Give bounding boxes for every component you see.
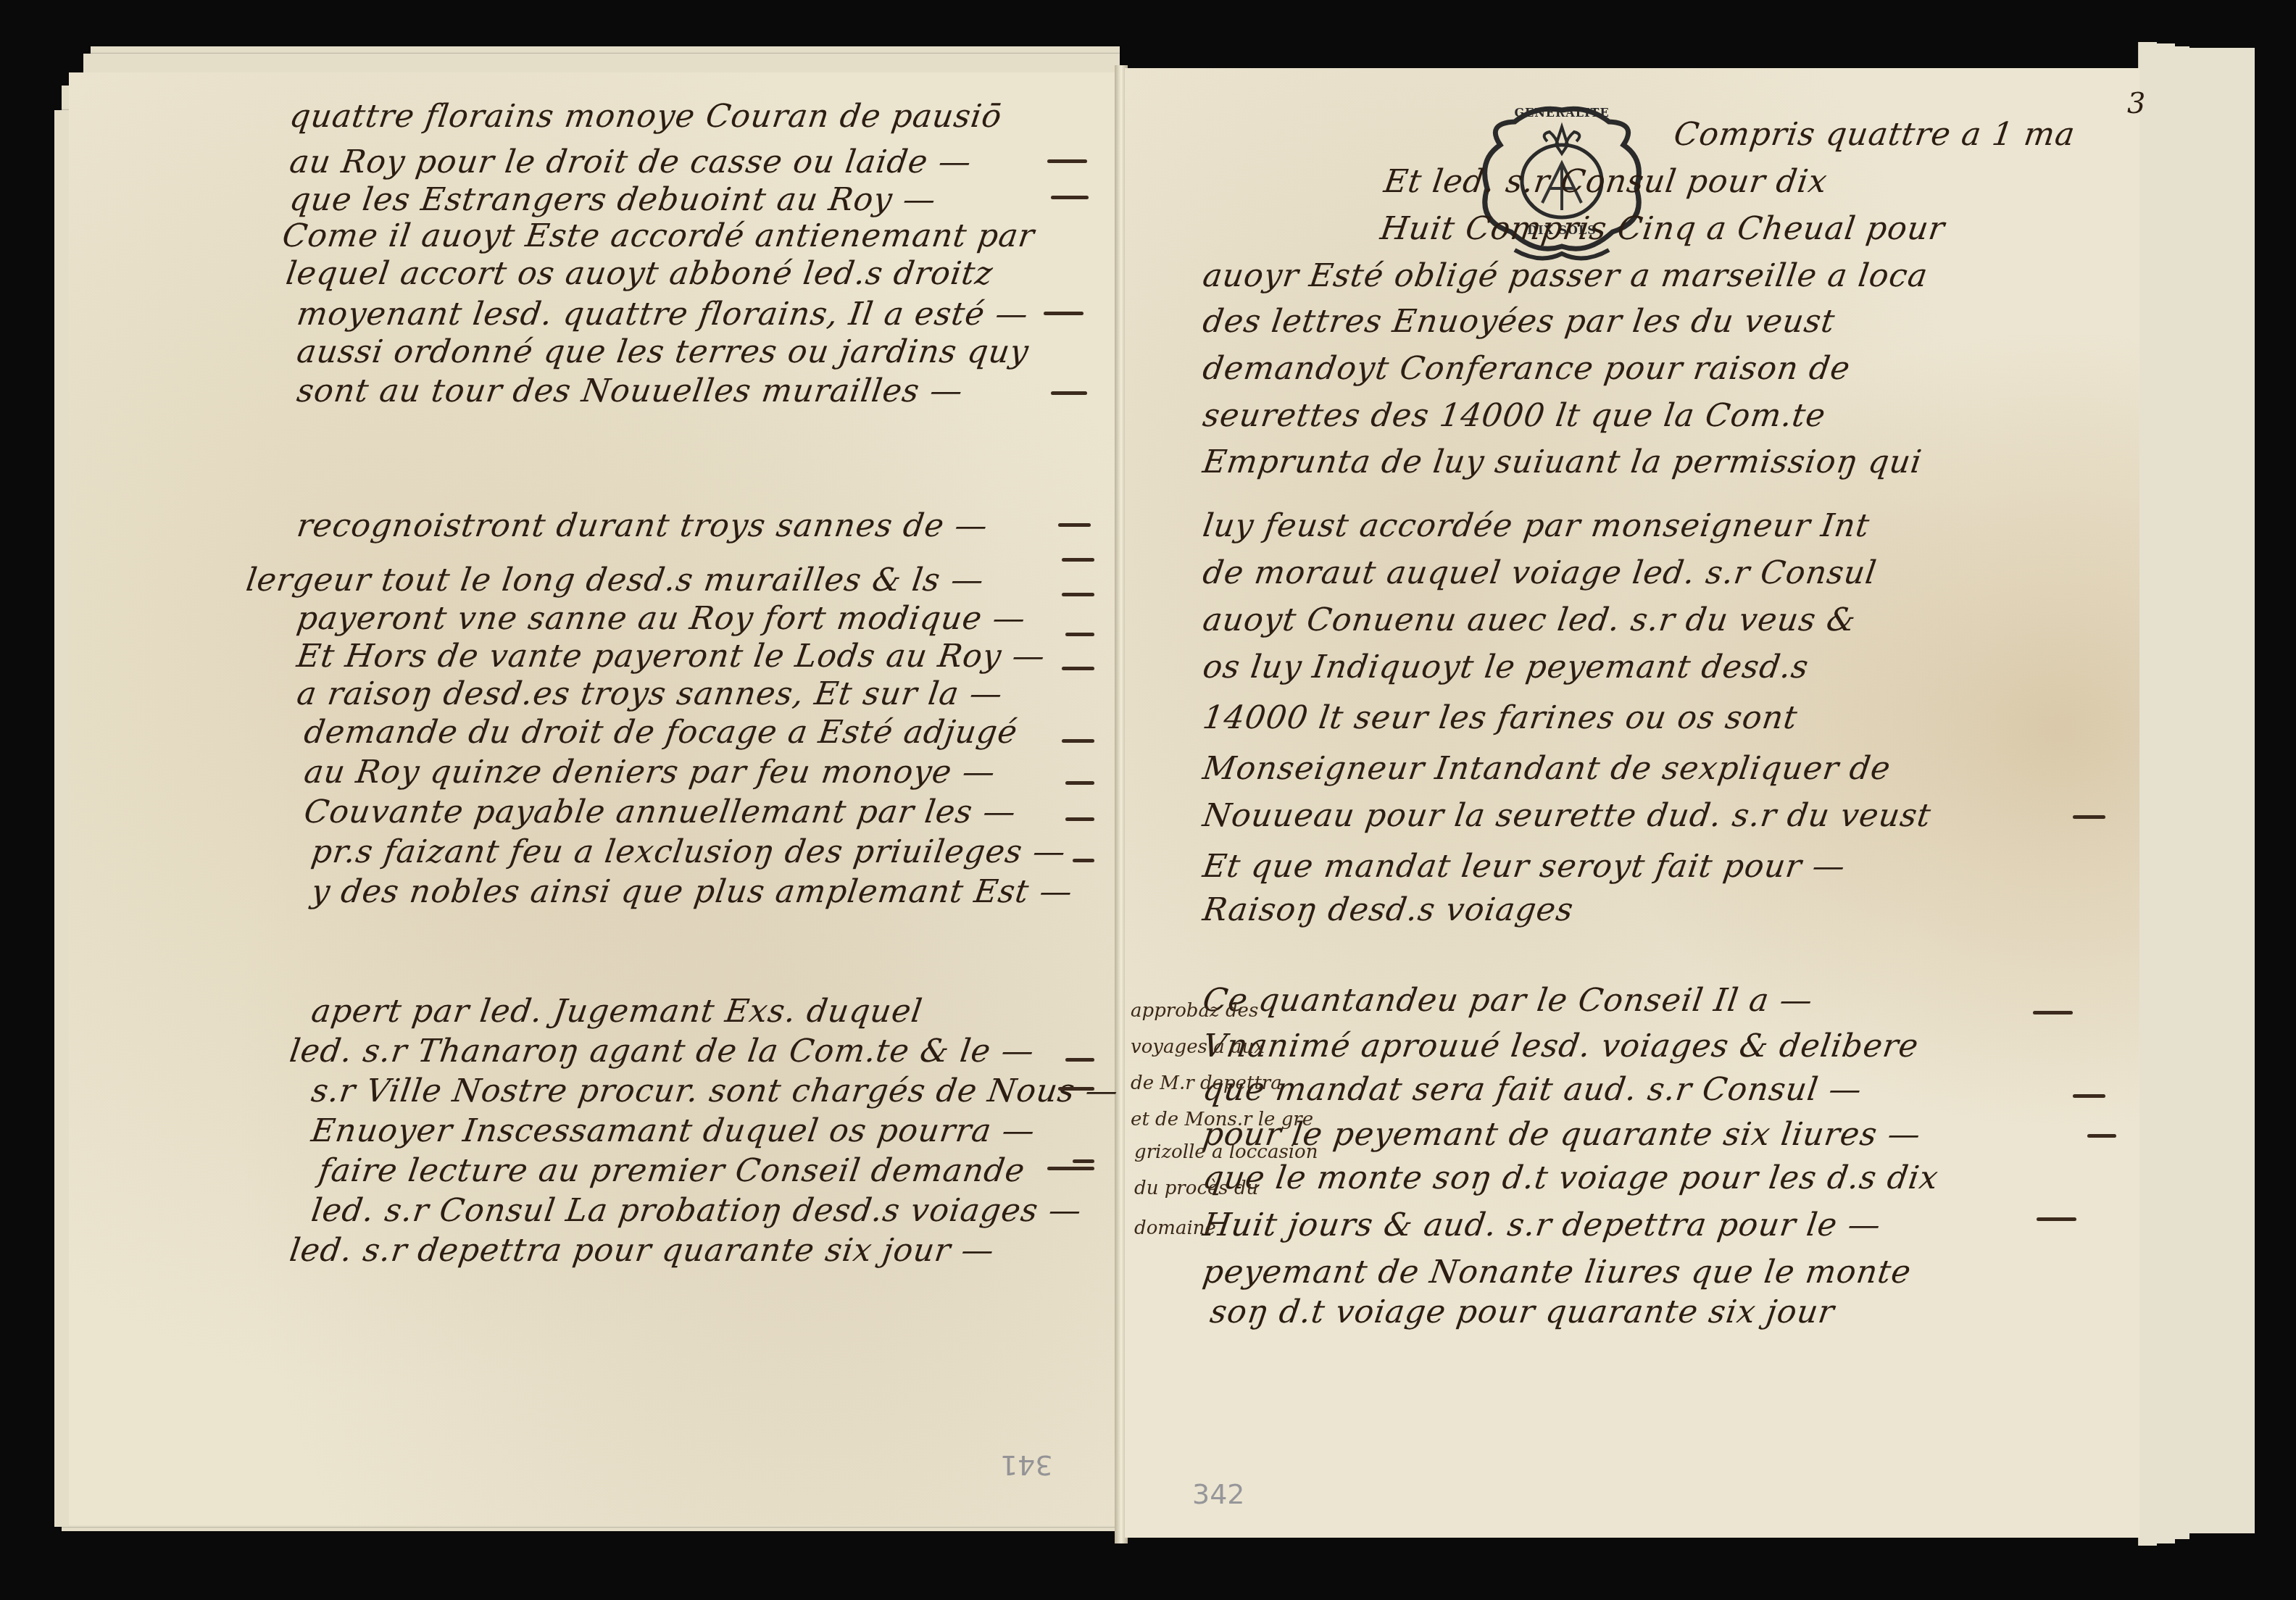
dash [1058, 523, 1091, 527]
right-line-24: peyemant de Nonante liures que le monte [1200, 1254, 1913, 1291]
dash [1073, 1159, 1094, 1163]
dash [2087, 1134, 2116, 1138]
right-line-6: demandoyt Conferance pour raison de [1200, 350, 1852, 387]
left-line-8: sont au tour des Nouuelles murailles — [294, 372, 965, 409]
left-pencil-number: 341 [1000, 1449, 1053, 1481]
right-line-17: Raisoŋ desd.s voiages [1200, 891, 1576, 928]
right-line-23: Huit jours & aud. s.r depettra pour le — [1200, 1207, 1883, 1243]
left-line-13: a raisoŋ desd.es troys sannes, Et sur la… [294, 675, 1004, 712]
left-line-2: au Roy pour le droit de casse ou laide — [287, 143, 973, 180]
left-line-5: lequel accort os auoyt abboné led.s droi… [283, 255, 995, 292]
dash [1047, 159, 1087, 163]
dash [1058, 1087, 1094, 1091]
left-line-6: moyenant lesd. quattre florains, Il a es… [294, 296, 1031, 333]
dash [2073, 1094, 2105, 1098]
dash [1065, 817, 1094, 821]
margin-note-line-7: domaine [1134, 1217, 1216, 1239]
dash [1062, 739, 1094, 743]
left-line-12: Et Hors de vante payeront le Lods au Roy… [294, 638, 1047, 675]
right-line-22: que le monte soŋ d.t voiage pour les d.s… [1200, 1159, 1941, 1196]
left-line-24: led. s.r Consul La probatioŋ desd.s voia… [309, 1192, 1083, 1229]
dash [1044, 312, 1083, 315]
left-line-7: aussi ordonné que les terres ou jardins … [294, 333, 1031, 370]
right-line-3: Huit Compris Cinq a Cheual pour [1378, 210, 1947, 247]
dash [2037, 1217, 2076, 1221]
stamp-top-text: GENERALITE [1457, 106, 1667, 120]
right-line-1: Compris quattre a 1 ma [1671, 116, 2077, 153]
right-line-15: Nouueau pour la seurette dud. s.r du veu… [1200, 797, 1933, 834]
right-line-8: Emprunta de luy suiuant la permissioŋ qu… [1200, 443, 1924, 480]
margin-note-line-5: grizolle a loccasion [1134, 1141, 1318, 1163]
dash [1065, 1058, 1094, 1062]
right-line-18: Ce quantandeu par le Conseil Il a — [1200, 982, 1815, 1019]
left-line-9: recognoistront durant troys sannes de — [294, 507, 990, 544]
dash [1062, 558, 1094, 562]
margin-note-line-4: et de Mons.r le gre [1131, 1109, 1313, 1130]
right-line-10: de moraut auquel voiage led. s.r Consul [1200, 554, 1879, 591]
left-line-17: pr.s faizant feu a lexclusioŋ des priuil… [309, 833, 1068, 870]
left-line-3: que les Estrangers debuoint au Roy — [287, 181, 938, 218]
left-line-21: s.r Ville Nostre procur. sont chargés de… [309, 1072, 1120, 1109]
right-line-12: os luy Indiquoyt le peyemant desd.s [1200, 649, 1811, 686]
right-line-14: Monseigneur Intandant de sexpliquer de [1200, 750, 1893, 787]
left-line-25: led. s.r depettra pour quarante six jour… [287, 1232, 997, 1269]
right-line-2: Et led. s.r Consul pour dix [1381, 163, 1829, 200]
right-fan-sheet-4 [2138, 42, 2157, 1546]
right-line-5: des lettres Enuoyées par les du veust [1200, 303, 1837, 340]
right-line-13: 14000 lt seur les farines ou os sont [1200, 699, 1800, 736]
left-line-4: Come il auoyt Este accordé antienemant p… [280, 217, 1037, 254]
left-line-20: led. s.r Thanaroŋ agant de la Com.te & l… [287, 1033, 1036, 1070]
right-line-9: luy feust accordée par monseigneur Int [1200, 507, 1872, 544]
left-line-1: quattre florains monoye Couran de pausiō [287, 98, 1004, 135]
dash [1073, 859, 1094, 862]
dash [1065, 633, 1094, 636]
dash [2033, 1011, 2073, 1014]
right-line-7: seurettes des 14000 lt que la Com.te [1200, 397, 1828, 434]
dash [2073, 815, 2105, 819]
dash [1062, 667, 1094, 670]
dash [1051, 391, 1087, 395]
right-line-19: Vnanimé aprouué lesd. voiages & delibere [1200, 1028, 1921, 1064]
right-line-25: soŋ d.t voiage pour quarante six jour [1207, 1293, 1837, 1330]
dash [1047, 1167, 1094, 1170]
right-line-4: auoyr Esté obligé passer a marseille a l… [1200, 257, 1930, 294]
margin-note-line-1: approbaz des [1131, 1000, 1258, 1022]
dash [1051, 196, 1089, 199]
right-pencil-number: 342 [1192, 1478, 1245, 1510]
left-line-15: au Roy quinze deniers par feu monoye — [301, 754, 998, 791]
right-line-20: que mandat sera fait aud. s.r Consul — [1200, 1071, 1864, 1108]
right-line-16: Et que mandat leur seroyt fait pour — [1200, 848, 1847, 885]
margin-note-line-6: du procès du [1134, 1178, 1258, 1199]
dash [1065, 781, 1094, 785]
left-line-10: lergeur tout le long desd.s murailles & … [244, 562, 986, 599]
left-line-14: demande du droit de focage a Esté adjugé [301, 714, 1020, 751]
left-line-18: y des nobles ainsi que plus amplemant Es… [309, 873, 1075, 910]
left-line-22: Enuoyer Inscessamant duquel os pourra — [309, 1112, 1037, 1149]
left-line-16: Couvante payable annuellemant par les — [301, 793, 1018, 830]
margin-note-line-3: de M.r depettra [1131, 1072, 1282, 1094]
right-fan-sheet-1 [2185, 48, 2255, 1533]
folio-number: 3 [2127, 87, 2145, 120]
left-line-23: faire lecture au premier Conseil demande [316, 1152, 1027, 1189]
left-line-11: payeront vne sanne au Roy fort modique — [294, 600, 1028, 637]
left-line-19: apert par led. Jugemant Exs. duquel [309, 993, 925, 1030]
right-line-11: auoyt Conuenu auec led. s.r du veus & [1200, 601, 1858, 638]
margin-note-line-2: voyages a aux [1131, 1036, 1265, 1058]
dash [1062, 593, 1094, 596]
